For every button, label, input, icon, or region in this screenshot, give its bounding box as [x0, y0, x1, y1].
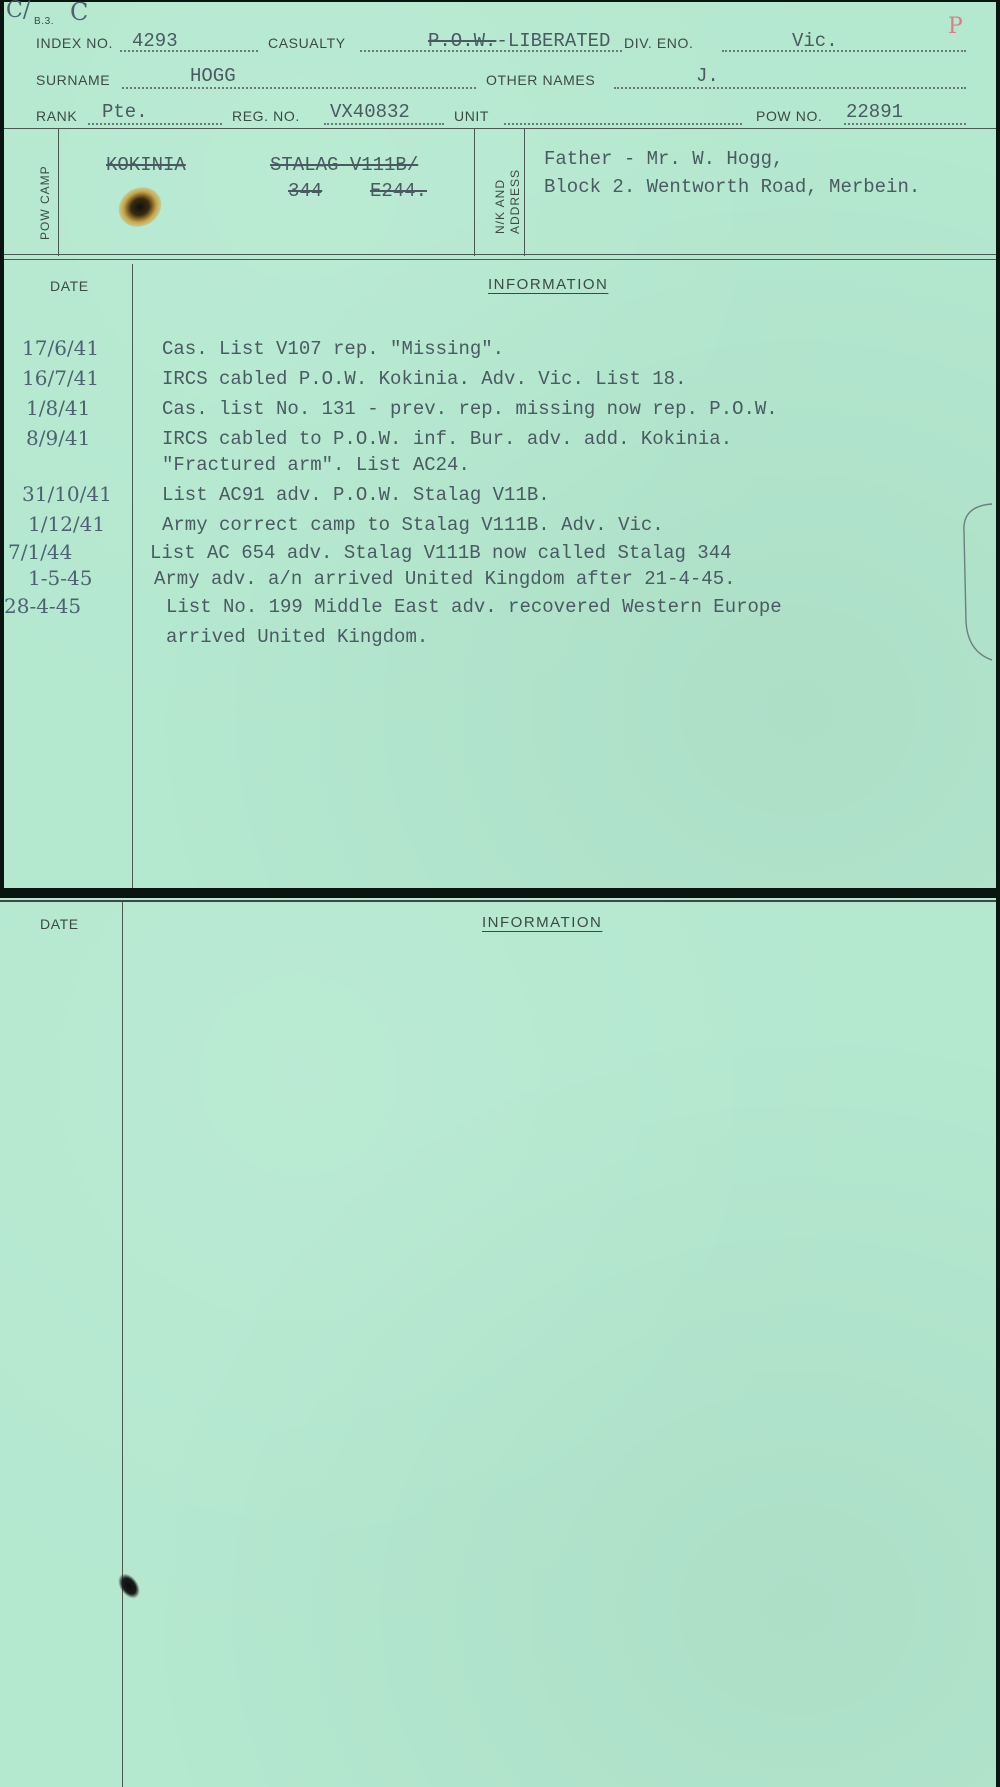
- entry-info: IRCS cabled P.O.W. Kokinia. Adv. Vic. Li…: [162, 368, 687, 390]
- entry-info: "Fractured arm". List AC24.: [162, 454, 470, 476]
- reg-no-value: VX40832: [330, 101, 410, 123]
- index-no-value: 4293: [132, 30, 178, 52]
- entry-date: 8/9/41: [26, 426, 90, 450]
- rank-label: RANK: [36, 108, 77, 124]
- ink-stain-back: [114, 1569, 145, 1602]
- rank-value: Pte.: [102, 101, 148, 123]
- entry-info: Cas. list No. 131 - prev. rep. missing n…: [162, 398, 778, 420]
- record-card-front: C/ B.3. C P INDEX No. 4293 CASUALTY P.O.…: [4, 2, 996, 888]
- pow-no-label: POW No.: [756, 108, 822, 124]
- surname-label: SURNAME: [36, 72, 110, 88]
- record-card-back: DATE INFORMATION: [0, 898, 996, 1787]
- pow-camp-2-line1: STALAG V111B/: [270, 154, 418, 176]
- pow-camp-label: POW CAMP: [38, 165, 52, 240]
- handwritten-mark-p: P: [948, 14, 963, 39]
- surname-value: HOGG: [190, 65, 236, 87]
- casualty-value: P.O.W.-LIBERATED: [428, 30, 610, 52]
- nk-address-label-2: ADDRESS: [508, 169, 522, 234]
- entry-date: 1/12/41: [28, 512, 105, 536]
- casualty-label: CASUALTY: [268, 35, 346, 51]
- entry-info: Cas. List V107 rep. "Missing".: [162, 338, 504, 360]
- entry-info: Army correct camp to Stalag V111B. Adv. …: [162, 514, 664, 536]
- information-header-back: INFORMATION: [482, 914, 602, 931]
- entry-date: 31/10/41: [22, 482, 112, 506]
- index-no-label: INDEX No.: [36, 35, 113, 51]
- date-header-back: DATE: [40, 916, 79, 932]
- bracket-mark: [952, 502, 1000, 662]
- div-eno-label: DIV. ENO.: [624, 35, 693, 51]
- date-header: DATE: [50, 278, 89, 294]
- form-code: B.3.: [34, 16, 54, 27]
- entry-date: 7/1/44: [8, 540, 72, 564]
- ink-stain: [111, 180, 168, 235]
- casualty-struck-value: P.O.W.: [428, 30, 496, 52]
- entry-date: 1-5-45: [28, 566, 92, 590]
- div-eno-value: Vic.: [792, 30, 838, 52]
- nk-address-line-1: Father - Mr. W. Hogg,: [544, 148, 783, 170]
- pow-camp-2-line2a: 344: [288, 180, 322, 202]
- pow-camp-1: KOKINIA: [106, 154, 186, 176]
- entry-info: List No. 199 Middle East adv. recovered …: [166, 596, 782, 618]
- pow-no-value: 22891: [846, 101, 903, 123]
- pow-camp-2-line2b: E244.: [370, 180, 427, 202]
- entry-info: Army adv. a/n arrived United Kingdom aft…: [154, 568, 736, 590]
- entry-info: List AC 654 adv. Stalag V111B now called…: [150, 542, 732, 564]
- entry-date: 16/7/41: [22, 366, 99, 390]
- reg-no-label: REG. No.: [232, 108, 300, 124]
- entry-info: List AC91 adv. P.O.W. Stalag V11B.: [162, 484, 550, 506]
- unit-label: UNIT: [454, 108, 489, 124]
- entry-date: 1/8/41: [26, 396, 90, 420]
- nk-address-label-1: N/K AND: [493, 179, 507, 234]
- handwritten-code-left: C/: [6, 0, 30, 23]
- other-names-value: J.: [696, 65, 719, 87]
- information-header: INFORMATION: [488, 276, 608, 293]
- other-names-label: OTHER NAMES: [486, 72, 595, 88]
- entry-date: 28-4-45: [4, 594, 81, 618]
- entry-info: arrived United Kingdom.: [166, 626, 428, 648]
- entry-info: IRCS cabled to P.O.W. inf. Bur. adv. add…: [162, 428, 732, 450]
- entry-date: 17/6/41: [22, 336, 99, 360]
- handwritten-code-right: C: [70, 0, 88, 26]
- nk-address-line-2: Block 2. Wentworth Road, Merbein.: [544, 176, 920, 198]
